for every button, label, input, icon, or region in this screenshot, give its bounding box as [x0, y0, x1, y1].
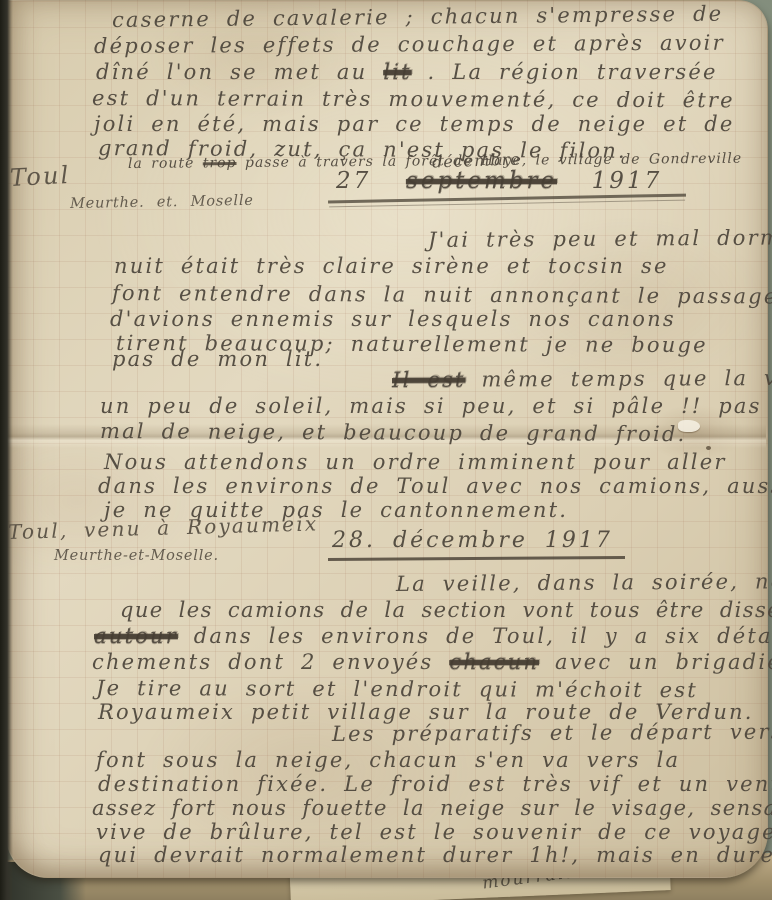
text-run: la route [128, 155, 203, 172]
entry-date-heading: 27 septembre 1917décembre [336, 168, 662, 194]
text-run: dans les environs de Toul, il y a six dé… [178, 624, 772, 648]
date-day: 27 [336, 168, 371, 194]
handwriting-line: Il est même temps que la veille [392, 366, 772, 392]
struck-month: septembre [406, 168, 557, 194]
margin-department-note: Meurthe-et-Moselle. [54, 548, 219, 564]
handwriting-line: destination fixée. Le froid est très vif… [98, 772, 772, 796]
handwriting-line: autour dans les environs de Toul, il y a… [94, 624, 772, 648]
handwriting-line: assez fort nous fouette la neige sur le … [92, 796, 772, 820]
handwriting-line: Nous attendons un ordre imminent pour al… [104, 450, 727, 474]
text-run: avec un brigadier. [539, 650, 772, 674]
handwriting-line: font entendre dans la nuit annonçant le … [112, 281, 772, 308]
handwriting-line: joli en été, mais par ce temps de neige … [94, 112, 735, 136]
entry-date-heading: 28. décembre 1917 [332, 528, 613, 553]
binding-edge [0, 0, 13, 900]
handwriting-line: qui devrait normalement durer 1h!, mais … [98, 843, 772, 867]
handwriting-line: font sous la neige, chacun s'en va vers … [96, 748, 680, 772]
handwriting-line: dans les environs de Toul avec nos camio… [98, 474, 772, 498]
handwriting-line: Je tire au sort et l'endroit qui m'échoi… [96, 676, 698, 702]
handwriting-line: un peu de soleil, mais si peu, et si pâl… [100, 394, 762, 418]
date-year: 1917 [592, 168, 663, 194]
handwriting-line: mal de neige, et beaucoup de grand froid… [100, 419, 687, 446]
handwriting-line: chements dont 2 envoyés chacun avec un b… [92, 650, 772, 674]
date-line: 27 septembre 1917décembre [336, 168, 662, 194]
margin-place-note: Toul [9, 161, 71, 192]
handwriting-line: pas de mon lit. [112, 347, 323, 371]
text-run: dîné l'on se met au [96, 60, 383, 84]
struck-word: chacun [449, 650, 539, 674]
handwriting-line: dîné l'on se met au lit . La région trav… [96, 60, 718, 84]
text-run: même temps que la veille [465, 366, 772, 392]
handwriting-line: déposer les effets de couchage et après … [94, 31, 725, 58]
handwriting-line: La veille, dans la soirée, nous apprenon… [396, 568, 772, 596]
month-correction: décembre [432, 149, 521, 171]
overwritten-words: Il est [392, 368, 466, 392]
handwriting-line: Les préparatifs et le départ vers 9h. se [332, 719, 772, 746]
handwriting-line: que les camions de la section vont tous … [120, 598, 772, 622]
struck-word: autour [94, 624, 178, 648]
handwriting-line: nuit était très claire sirène et tocsin … [114, 254, 669, 278]
handwriting-line: vive de brûlure, tel est le souvenir de … [96, 820, 772, 844]
struck-word: lit [383, 60, 411, 84]
handwriting-line: d'avions ennemis sur lesquels nos canons [110, 307, 676, 331]
handwriting-line: J'ai très peu et mal dormi, la [428, 225, 772, 252]
date-line: 28. décembre 1917 [332, 528, 613, 553]
text-run: . La région traversée [412, 60, 718, 84]
struck-word: trop [203, 155, 237, 171]
margin-department-note: Meurthe. et. Moselle [70, 193, 254, 212]
handwriting-line: est d'un terrain très mouvementé, ce doi… [92, 86, 735, 112]
scanned-diary-photo: mourrait caserne de cavalerie ; chacun s… [0, 0, 772, 900]
text-run: chements dont 2 envoyés [92, 650, 449, 674]
